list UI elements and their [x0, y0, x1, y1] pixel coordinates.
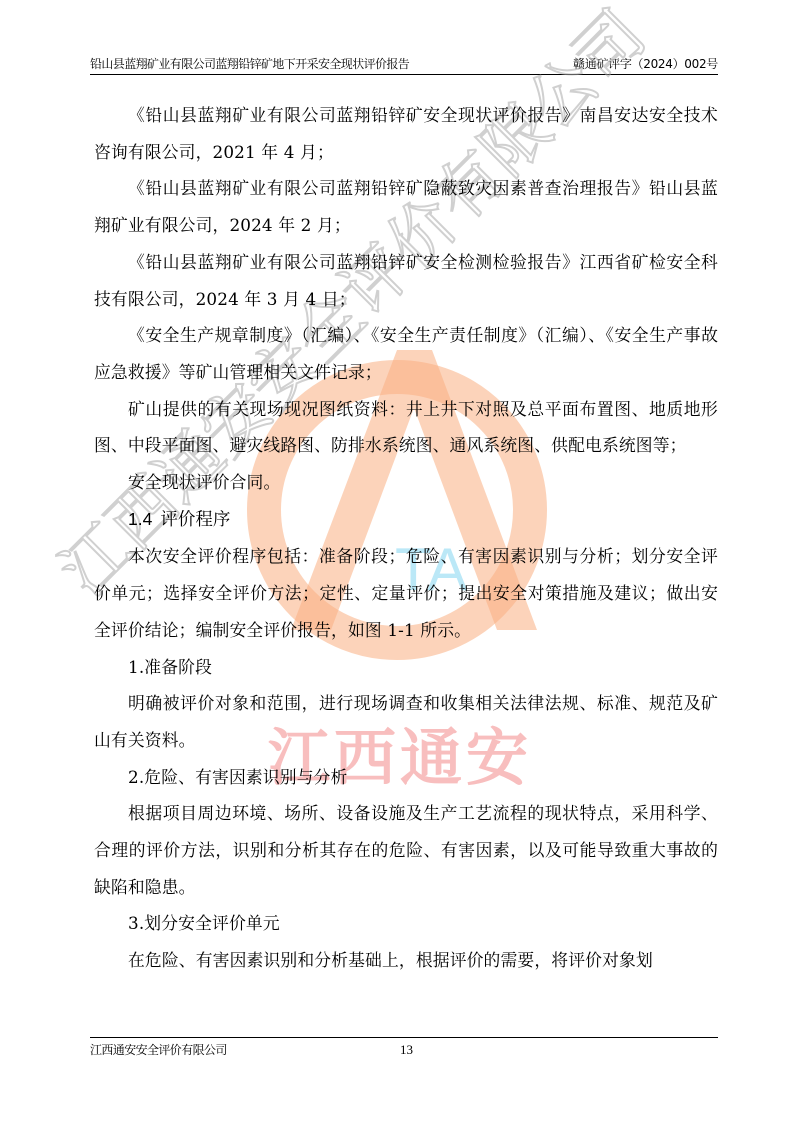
step-title: 3.划分安全评价单元 [94, 905, 718, 942]
reference-item: 《铅山县蓝翔矿业有限公司蓝翔铅锌矿安全现状评价报告》南昌安达安全技术咨询有限公司… [94, 97, 718, 170]
section-title: 评价程序 [160, 510, 230, 530]
body-paragraph: 根据项目周边环境、场所、设备设施及生产工艺流程的现状特点，采用科学、合理的评价方… [94, 795, 718, 905]
header-doc-number: 赣通矿评字（2024）002号 [573, 54, 718, 74]
body-paragraph: 本次安全评价程序包括：准备阶段；危险、有害因素识别与分析；划分安全评价单元；选择… [94, 538, 718, 648]
page-footer: 江西通安安全评价有限公司 13 [90, 1037, 718, 1060]
page-header: 铅山县蓝翔矿业有限公司蓝翔铅锌矿地下开采安全现状评价报告 赣通矿评字（2024）… [90, 54, 718, 75]
document-body: 《铅山县蓝翔矿业有限公司蓝翔铅锌矿安全现状评价报告》南昌安达安全技术咨询有限公司… [94, 97, 718, 979]
page-number: 13 [400, 1040, 413, 1060]
section-heading: 1.4评价程序 [94, 501, 718, 539]
reference-item: 《铅山县蓝翔矿业有限公司蓝翔铅锌矿隐蔽致灾因素普查治理报告》铅山县蓝翔矿业有限公… [94, 170, 718, 243]
header-report-title: 铅山县蓝翔矿业有限公司蓝翔铅锌矿地下开采安全现状评价报告 [90, 54, 409, 74]
body-paragraph: 明确被评价对象和范围，进行现场调查和收集相关法律法规、标准、规范及矿山有关资料。 [94, 685, 718, 758]
reference-item: 《铅山县蓝翔矿业有限公司蓝翔铅锌矿安全检测检验报告》江西省矿检安全科技有限公司，… [94, 244, 718, 317]
section-number: 1.4 [128, 509, 152, 529]
step-title: 2.危险、有害因素识别与分析 [94, 759, 718, 796]
step-title: 1.准备阶段 [94, 649, 718, 686]
footer-company: 江西通安安全评价有限公司 [90, 1040, 227, 1060]
reference-item: 安全现状评价合同。 [94, 464, 718, 501]
reference-item: 《安全生产规章制度》（汇编）、《安全生产责任制度》（汇编）、《安全生产事故应急救… [94, 317, 718, 390]
body-paragraph: 在危险、有害因素识别和分析基础上，根据评价的需要，将评价对象划 [94, 942, 718, 979]
reference-item: 矿山提供的有关现场现况图纸资料：井上井下对照及总平面布置图、地质地形图、中段平面… [94, 391, 718, 464]
